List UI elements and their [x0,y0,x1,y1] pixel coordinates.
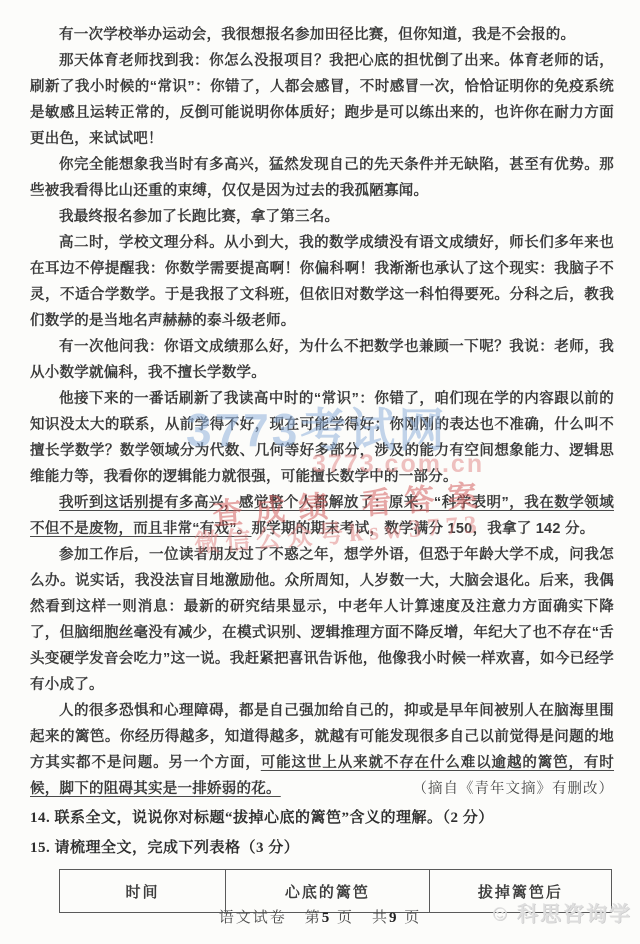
exam-paper-page: 有一次学校举办运动会，我很想报名参加田径比赛，但你知道，我是不会报的。那天体育老… [0,0,640,944]
passage-text: 有一次他问我：你语文成绩那么好，为什么不把数学也兼顾一下呢？我说：老师，我从小数… [30,339,614,381]
footer-total-unit: 页 [404,910,421,926]
paragraph: 有一次他问我：你语文成绩那么好，为什么不把数学也兼顾一下呢？我说：老师，我从小数… [30,334,614,386]
face-icon: ☺ [489,900,513,926]
source-attribution: （摘自《青年文摘》有删改） [384,776,615,802]
reading-passage: 有一次学校举办运动会，我很想报名参加田径比赛，但你知道，我是不会报的。那天体育老… [30,22,614,802]
stamp-watermark: ☺ 科思咨询学 [489,898,632,928]
paragraph: 高二时，学校文理分科。从小到大，我的数学成绩没有语文成绩好，师长们多年来也在耳边… [30,230,614,334]
question-14: 14. 联系全文，说说你对标题“拔掉心底的篱笆”含义的理解。（2 分） [30,805,614,832]
passage-text: 你完全能想象我当时有多高兴，猛然发现自己的先天条件并无缺陷，甚至有优势。那些被我… [30,157,614,199]
footer-paper-label: 语文试卷 [219,910,287,926]
footer-total-prefix: 共 [372,910,389,926]
question-15: 15. 请梳理全文，完成下列表格（3 分） [30,835,614,862]
paragraph: 我最终报名参加了长跑比赛，拿了第三名。 [30,204,614,230]
passage-text: 参加工作后，一位读者朋友过了不惑之年，想学外语，但恐于年龄大学不成，问我怎么办。… [30,547,614,693]
footer-page-unit: 页 [337,910,354,926]
paragraph: 有一次学校举办运动会，我很想报名参加田径比赛，但你知道，我是不会报的。 [30,22,614,48]
paragraph: 人的很多恐惧和心理障碍，都是自己强加给自己的，抑或是早年间被别人在脑海里围起来的… [30,698,614,802]
footer-page-number: 5 [322,910,332,926]
paragraph: 参加工作后，一位读者朋友过了不惑之年，想学外语，但恐于年龄大学不成，问我怎么办。… [30,542,614,698]
footer-page-prefix: 第 [305,910,322,926]
passage-text: 高二时，学校文理分科。从小到大，我的数学成绩没有语文成绩好，师长们多年来也在耳边… [30,235,614,329]
passage-content: 有一次学校举办运动会，我很想报名参加田径比赛，但你知道，我是不会报的。那天体育老… [30,22,614,913]
passage-text: 有一次学校举办运动会，我很想报名参加田径比赛，但你知道，我是不会报的。 [59,27,575,43]
footer-total-number: 9 [389,910,399,926]
paragraph: 他接下来的一番话刷新了我读高中时的“常识”：你错了，咱们现在学的内容跟以前的知识… [30,386,614,490]
stamp-watermark-text: 科思咨询学 [517,898,632,928]
paragraph: 那天体育老师找到我：你怎么没报项目？我把心底的担忧倒了出来。体育老师的话，刷新了… [30,48,614,152]
paragraph: 你完全能想象我当时有多高兴，猛然发现自己的先天条件并无缺陷，甚至有优势。那些被我… [30,152,614,204]
passage-text: 我最终报名参加了长跑比赛，拿了第三名。 [59,209,339,225]
passage-text: 那学期的期末考试，数学满分 150，我拿了 142 分。 [252,521,595,537]
passage-text: 他接下来的一番话刷新了我读高中时的“常识”：你错了，咱们现在学的内容跟以前的知识… [30,391,614,485]
paragraph: 我听到这话别提有多高兴，感觉整个人都解放了：原来，“科学表明”，我在数学领域不但… [30,490,614,542]
passage-text: 那天体育老师找到我：你怎么没报项目？我把心底的担忧倒了出来。体育老师的话，刷新了… [30,53,614,147]
